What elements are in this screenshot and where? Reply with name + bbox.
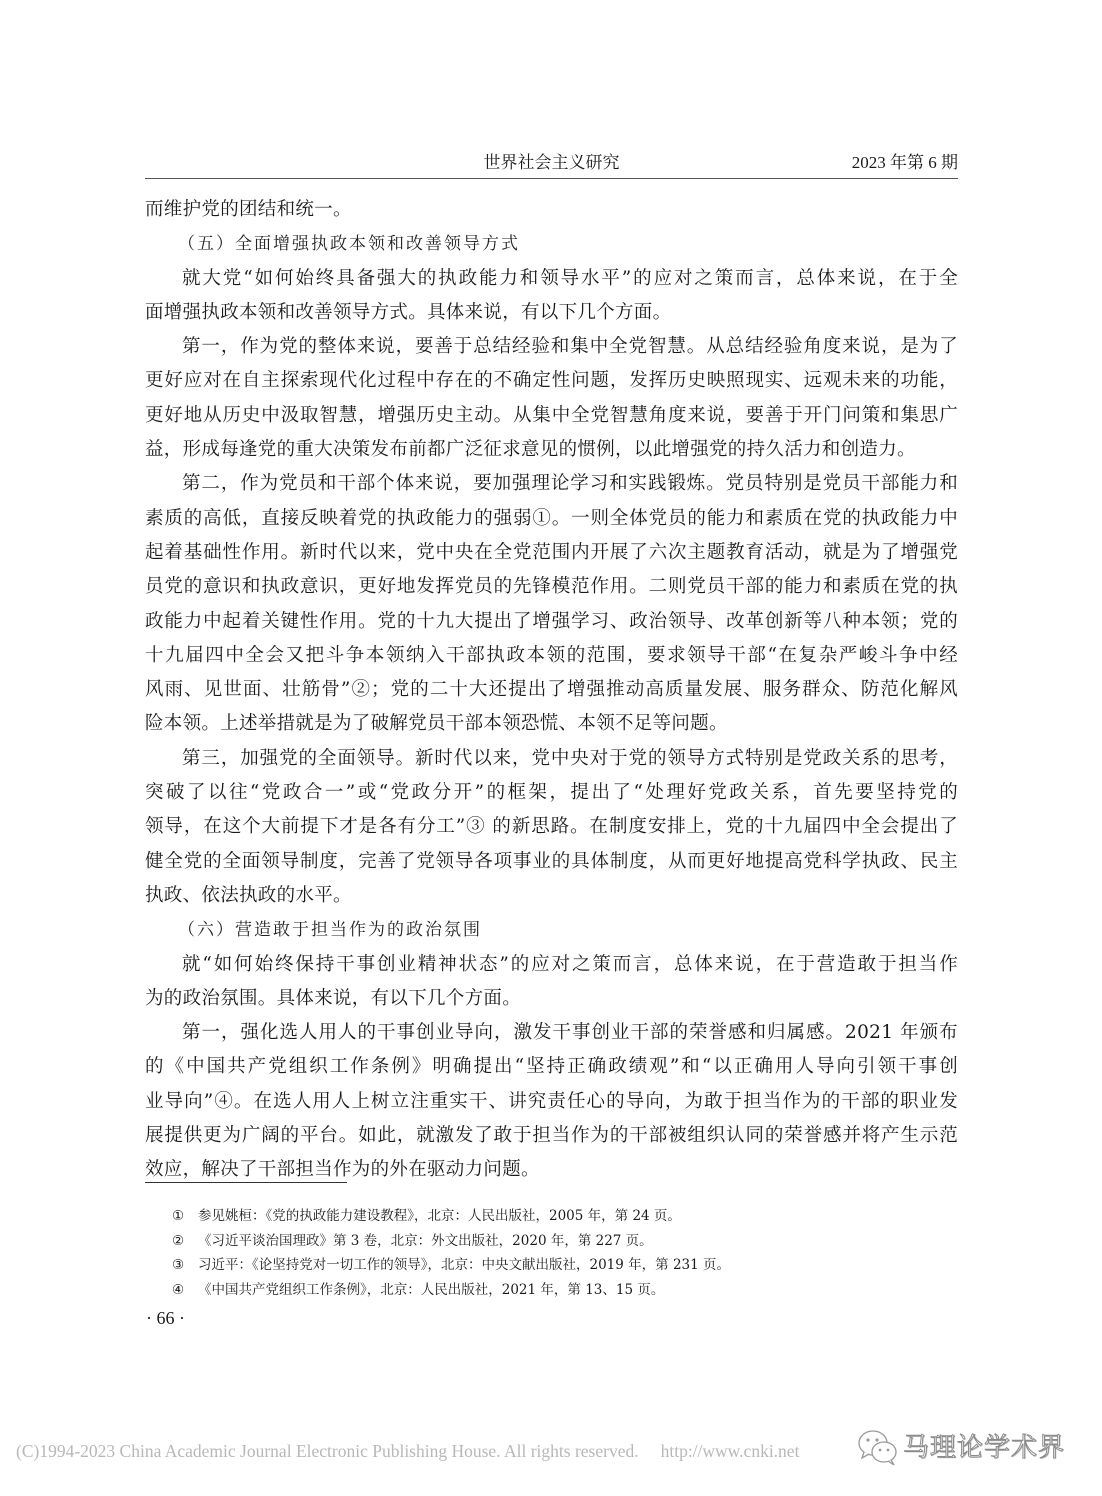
- body-text: 而维护党的团结和统一。（五）全面增强执政本领和改善领导方式就大党“如何始终具备强…: [145, 193, 958, 1188]
- footnote-mark: ②: [172, 1229, 198, 1254]
- journal-page: 世界社会主义研究 2023 年第 6 期 而维护党的团结和统一。（五）全面增强执…: [0, 0, 1102, 1496]
- body-line: 员党的意识和执政意识，更好地发挥党员的先锋模范作用。二则党员干部的能力和素质在党…: [145, 570, 958, 604]
- journal-name: 世界社会主义研究: [145, 150, 958, 176]
- body-line: 险本领。上述举措就是为了破解党员干部本领恐慌、本领不足等问题。: [145, 707, 958, 741]
- footnote: ①参见姚桓：《党的执政能力建设教程》，北京：人民出版社，2005 年，第 24 …: [172, 1204, 952, 1229]
- footnote-text: 《习近平谈治国理政》第 3 卷，北京：外文出版社，2020 年，第 227 页。: [198, 1233, 653, 1249]
- body-line: 业导向”④。在选人用人上树立注重实干、讲究责任心的导向，为敢于担当作为的干部的职…: [145, 1085, 958, 1119]
- footnote-mark: ③: [172, 1253, 198, 1278]
- footnotes: ①参见姚桓：《党的执政能力建设教程》，北京：人民出版社，2005 年，第 24 …: [172, 1204, 952, 1302]
- body-line: 的《中国共产党组织工作条例》明确提出“坚持正确政绩观”和“以正确用人导向引领干事…: [145, 1050, 958, 1084]
- section-heading: （五）全面增强执政本领和改善领导方式: [145, 227, 958, 261]
- body-line: 面增强执政本领和改善领导方式。具体来说，有以下几个方面。: [145, 296, 958, 330]
- body-line: 而维护党的团结和统一。: [145, 193, 958, 227]
- footnote-text: 《中国共产党组织工作条例》，北京：人民出版社，2021 年，第 13、15 页。: [198, 1282, 664, 1298]
- footnote-text: 习近平：《论坚持党对一切工作的领导》，北京：中央文献出版社，2019 年，第 2…: [198, 1257, 730, 1273]
- header-rule: [145, 178, 958, 179]
- copyright-text: (C)1994-2023 China Academic Journal Elec…: [16, 1441, 639, 1461]
- issue-label: 2023 年第 6 期: [852, 150, 958, 176]
- body-line: 素质的高低，直接反映着党的执政能力的强弱①。一则全体党员的能力和素质在党的执政能…: [145, 502, 958, 536]
- section-heading: （六）营造敢于担当作为的政治氛围: [145, 913, 958, 947]
- body-line: 执政、依法执政的水平。: [145, 879, 958, 913]
- body-line: 政能力中起着关键性作用。党的十九大提出了增强学习、政治领导、改革创新等八种本领；…: [145, 605, 958, 639]
- footnote: ④《中国共产党组织工作条例》，北京：人民出版社，2021 年，第 13、15 页…: [172, 1278, 952, 1303]
- body-line: 领导，在这个大前提下才是各有分工”③ 的新思路。在制度安排上，党的十九届四中全会…: [145, 810, 958, 844]
- body-line: 益，形成每逢党的重大决策发布前都广泛征求意见的惯例，以此增强党的持久活力和创造力…: [145, 433, 958, 467]
- wechat-icon: [855, 1428, 901, 1468]
- body-line: 突破了以往“党政合一”或“党政分开”的框架，提出了“处理好党政关系，首先要坚持党…: [145, 776, 958, 810]
- body-line: 更好应对在自主探索现代化过程中存在的不确定性问题，发挥历史映照现实、远观未来的功…: [145, 364, 958, 398]
- copyright-notice: (C)1994-2023 China Academic Journal Elec…: [16, 1438, 799, 1464]
- wechat-watermark: 马理论学术界: [855, 1428, 1065, 1468]
- body-line: 就大党“如何始终具备强大的执政能力和领导水平”的应对之策而言，总体来说，在于全: [145, 262, 958, 296]
- footnote: ③习近平：《论坚持党对一切工作的领导》，北京：中央文献出版社，2019 年，第 …: [172, 1253, 952, 1278]
- cnki-url[interactable]: http://www.cnki.net: [661, 1441, 800, 1461]
- body-line: 展提供更为广阔的平台。如此，就激发了敢于担当作为的干部被组织认同的荣誉感并将产生…: [145, 1119, 958, 1153]
- footnote: ②《习近平谈治国理政》第 3 卷，北京：外文出版社，2020 年，第 227 页…: [172, 1229, 952, 1254]
- body-line: 风雨、见世面、壮筋骨”②；党的二十大还提出了增强推动高质量发展、服务群众、防范化…: [145, 673, 958, 707]
- page-number: · 66 ·: [146, 1305, 185, 1331]
- running-header: 世界社会主义研究 2023 年第 6 期: [145, 150, 958, 176]
- footnote-text: 参见姚桓：《党的执政能力建设教程》，北京：人民出版社，2005 年，第 24 页…: [198, 1208, 681, 1224]
- body-line: 更好地从历史中汲取智慧，增强历史主动。从集中全党智慧角度来说，要善于开门问策和集…: [145, 399, 958, 433]
- body-line: 起着基础性作用。新时代以来，党中央在全党范围内开展了六次主题教育活动，就是为了增…: [145, 536, 958, 570]
- wechat-account-name: 马理论学术界: [903, 1428, 1065, 1468]
- body-line: 第二，作为党员和干部个体来说，要加强理论学习和实践锻炼。党员特别是党员干部能力和: [145, 467, 958, 501]
- body-line: 第一，作为党的整体来说，要善于总结经验和集中全党智慧。从总结经验角度来说，是为了: [145, 330, 958, 364]
- footnote-rule: [145, 1182, 347, 1183]
- body-line: 第三，加强党的全面领导。新时代以来，党中央对于党的领导方式特别是党政关系的思考，: [145, 742, 958, 776]
- footnote-mark: ④: [172, 1278, 198, 1303]
- body-line: 第一，强化选人用人的干事创业导向，激发干事创业干部的荣誉感和归属感。2021 年…: [145, 1016, 958, 1050]
- footnote-mark: ①: [172, 1204, 198, 1229]
- body-line: 健全党的全面领导制度，完善了党领导各项事业的具体制度，从而更好地提高党科学执政、…: [145, 845, 958, 879]
- body-line: 十九届四中全会又把斗争本领纳入干部执政本领的范围，要求领导干部“在复杂严峻斗争中…: [145, 639, 958, 673]
- body-line: 就“如何始终保持干事创业精神状态”的应对之策而言，总体来说，在于营造敢于担当作: [145, 948, 958, 982]
- body-line: 为的政治氛围。具体来说，有以下几个方面。: [145, 982, 958, 1016]
